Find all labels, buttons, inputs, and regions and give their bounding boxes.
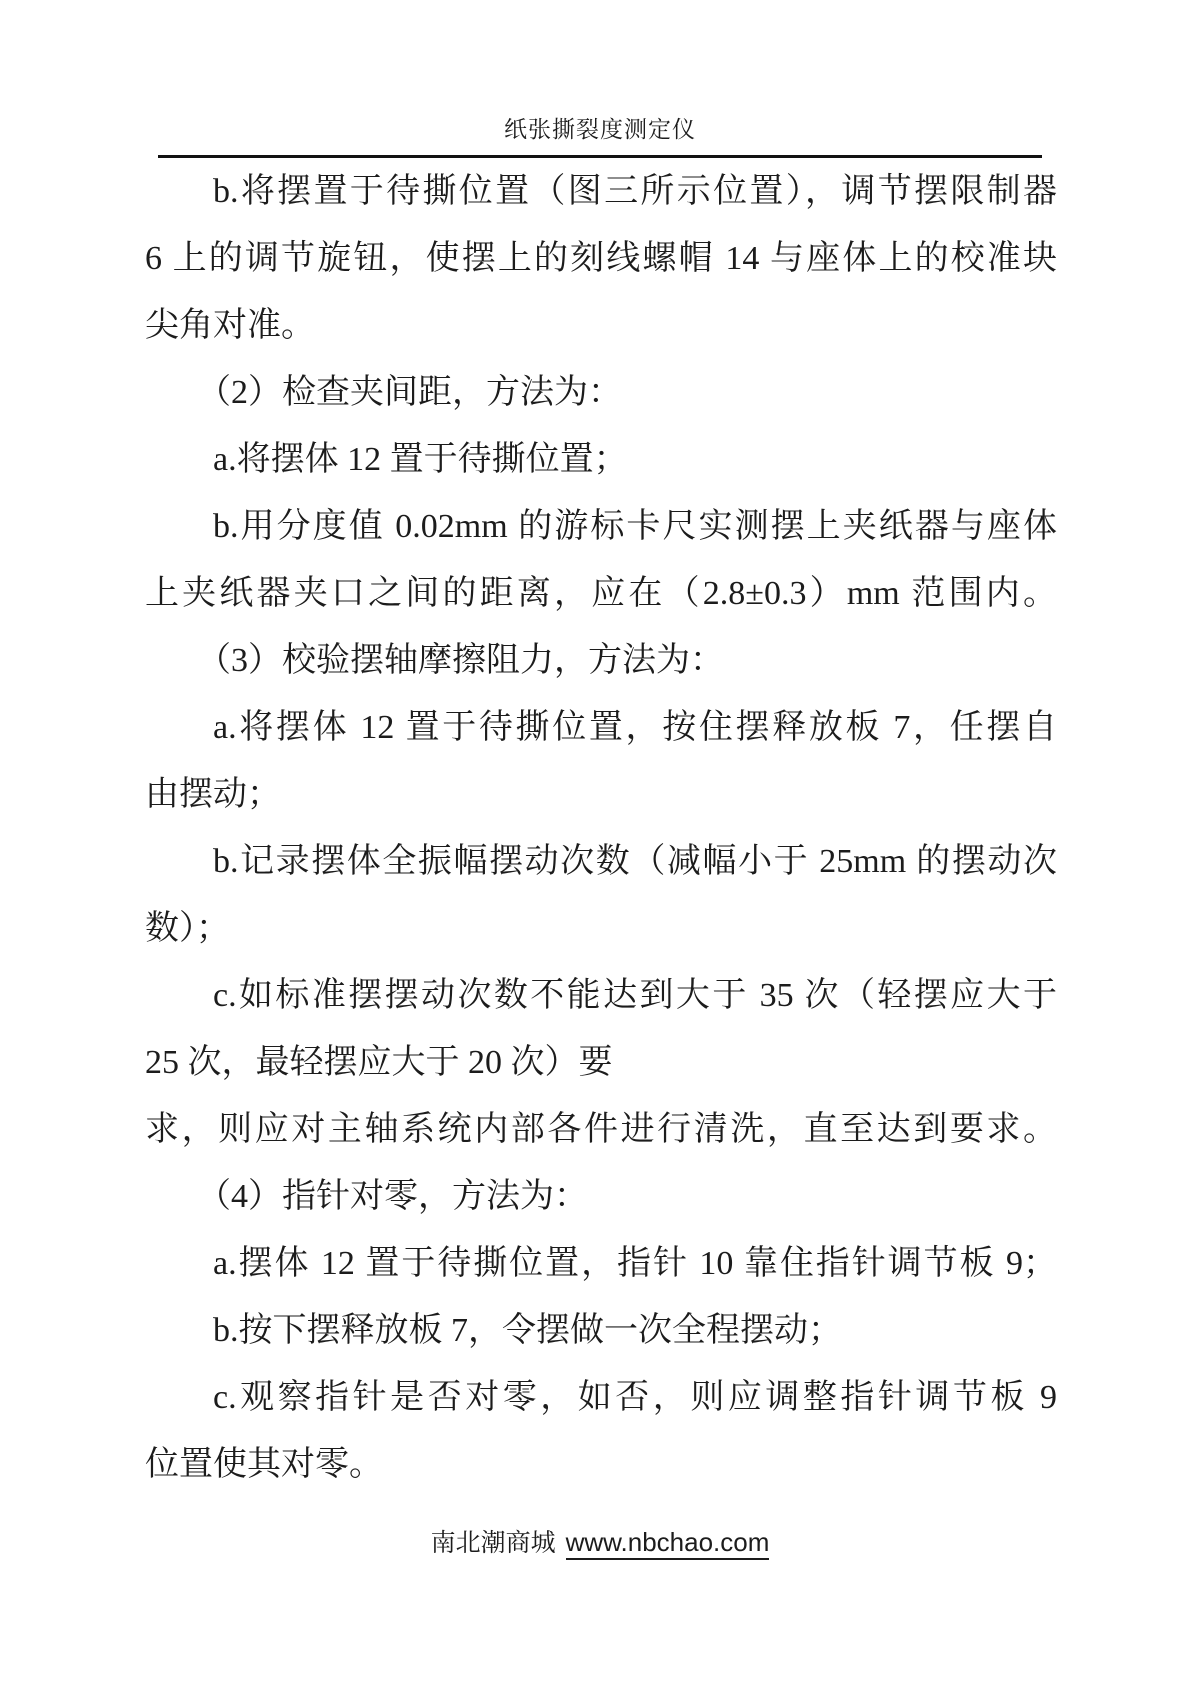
text-line: 尖角对准。 (145, 292, 1057, 359)
text-line: 由摆动； (145, 761, 1057, 828)
text-line: b.记录摆体全振幅摆动次数（减幅小于 25mm 的摆动次 (145, 828, 1057, 895)
text-line: （3）校验摆轴摩擦阻力，方法为： (145, 627, 1057, 694)
text-line: a.将摆体 12 置于待撕位置，按住摆释放板 7，任摆自 (145, 694, 1057, 761)
footer: 南北潮商城www.nbchao.com (0, 1521, 1200, 1563)
text-line: 25 次，最轻摆应大于 20 次）要 (145, 1029, 1057, 1096)
text-line: 求，则应对主轴系统内部各件进行清洗，直至达到要求。 (145, 1096, 1057, 1163)
footer-site-link[interactable]: www.nbchao.com (566, 1527, 770, 1560)
text-line: c.如标准摆摆动次数不能达到大于 35 次（轻摆应大于 (145, 962, 1057, 1029)
text-line: 6 上的调节旋钮，使摆上的刻线螺帽 14 与座体上的校准块 (145, 225, 1057, 292)
text-line: （4）指针对零，方法为： (145, 1163, 1057, 1230)
text-line: c.观察指针是否对零，如否，则应调整指针调节板 9 (145, 1364, 1057, 1431)
text-line: b.用分度值 0.02mm 的游标卡尺实测摆上夹纸器与座体 (145, 493, 1057, 560)
document-page: 纸张撕裂度测定仪 b.将摆置于待撕位置（图三所示位置），调节摆限制器6 上的调节… (0, 0, 1200, 1702)
document-body: b.将摆置于待撕位置（图三所示位置），调节摆限制器6 上的调节旋钮，使摆上的刻线… (145, 158, 1057, 1498)
text-line: b.按下摆释放板 7，令摆做一次全程摆动； (145, 1297, 1057, 1364)
text-line: 位置使其对零。 (145, 1431, 1057, 1498)
footer-site-name: 南北潮商城 (431, 1530, 556, 1557)
text-line: 上夹纸器夹口之间的距离，应在（2.8±0.3）mm 范围内。 (145, 560, 1057, 627)
text-line: 数）； (145, 895, 1057, 962)
text-line: b.将摆置于待撕位置（图三所示位置），调节摆限制器 (145, 158, 1057, 225)
page-header-title: 纸张撕裂度测定仪 (0, 112, 1200, 148)
text-line: （2）检查夹间距，方法为： (145, 359, 1057, 426)
text-line: a.将摆体 12 置于待撕位置； (145, 426, 1057, 493)
text-line: a.摆体 12 置于待撕位置，指针 10 靠住指针调节板 9； (145, 1230, 1057, 1297)
